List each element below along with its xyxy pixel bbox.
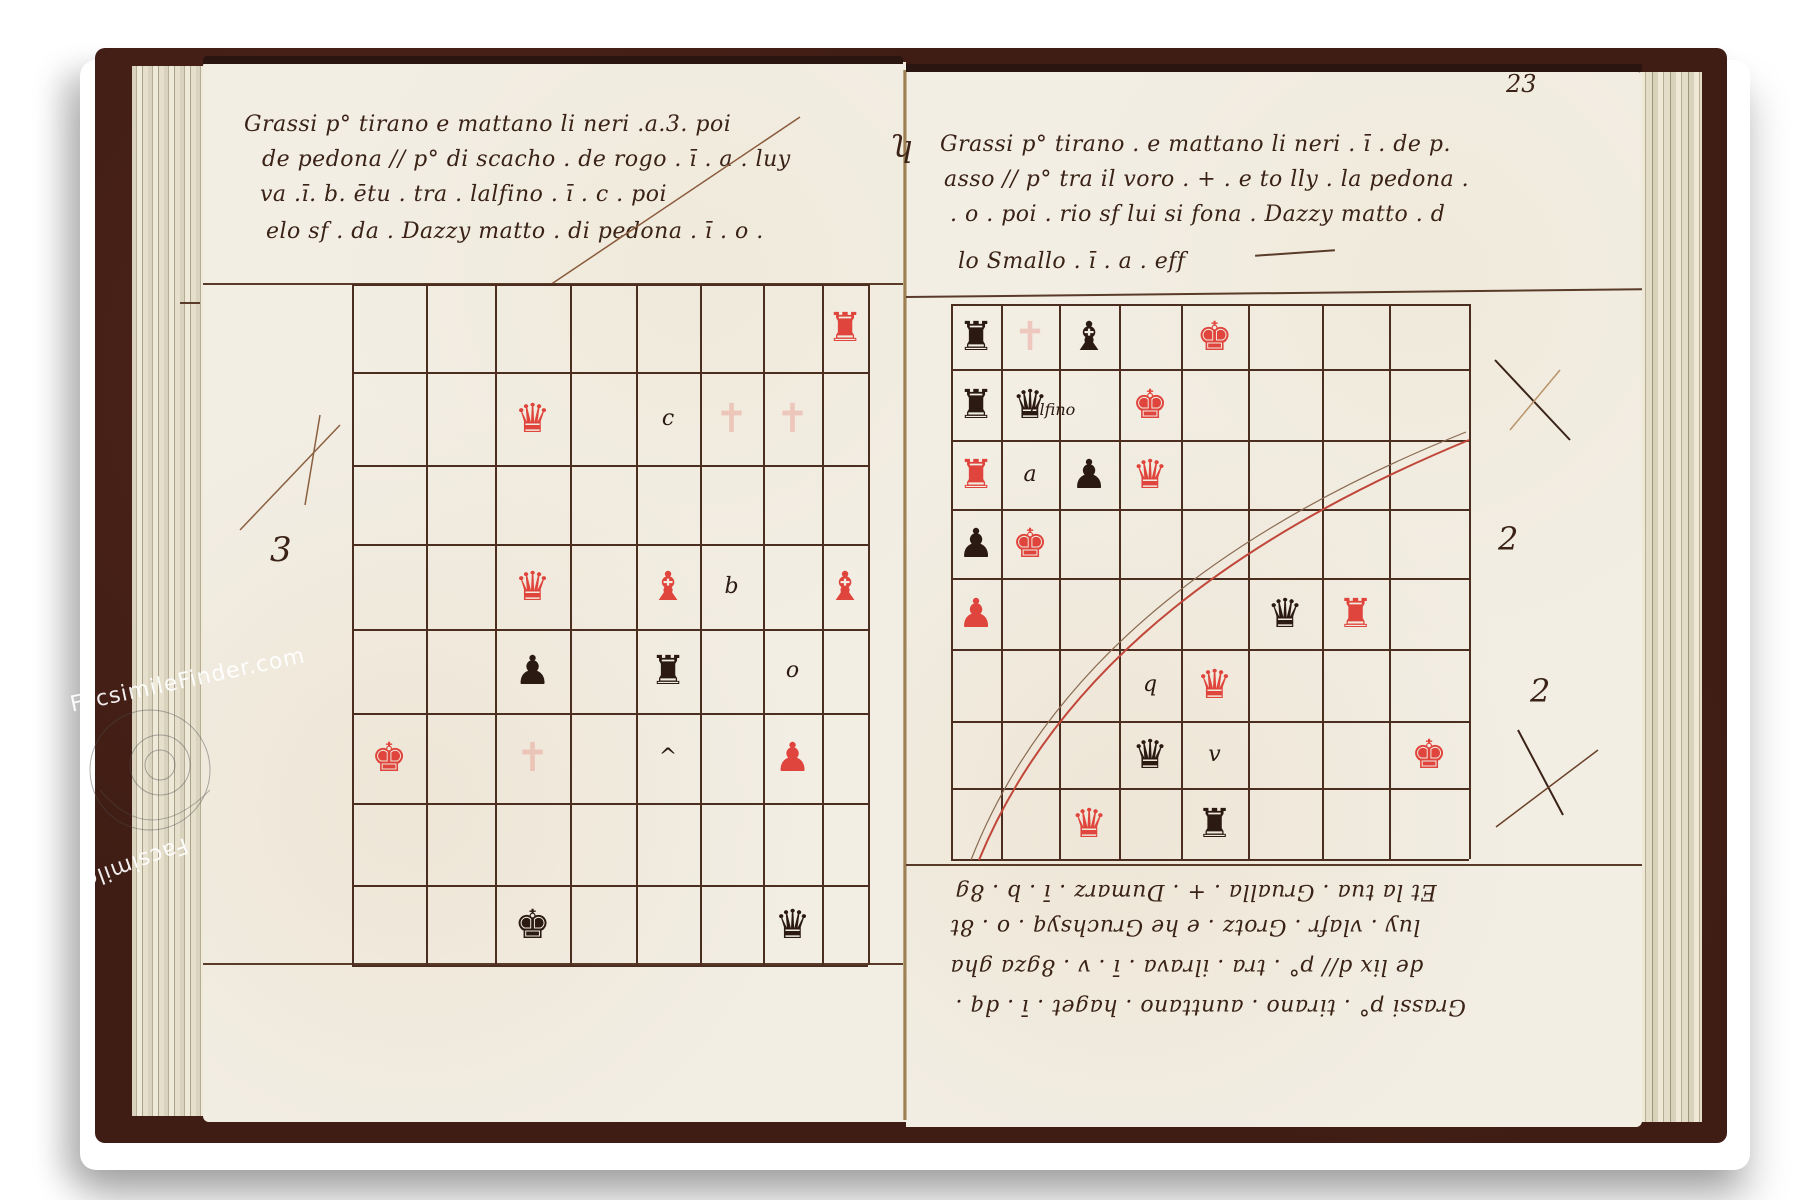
red-rook-icon: ♜: [822, 284, 868, 372]
grid-line-vertical: [426, 284, 428, 965]
ghost-cross-icon: ✝: [700, 372, 763, 465]
red-queen-icon: ♛: [495, 372, 570, 465]
grid-line-horizontal: [352, 284, 868, 286]
right-header-line-3: . o . poi . rio sf lui si fona . Dazzy m…: [950, 198, 1445, 231]
red-bishop-icon: ♝: [822, 544, 868, 629]
grid-line-vertical: [868, 284, 870, 965]
right-footer-line-3: de lix d// p° . tra . ilrava . ī . v . 8…: [950, 950, 1423, 983]
gutter: [903, 70, 907, 1120]
red-bishop-icon: ♝: [636, 544, 700, 629]
square-letter: c: [636, 372, 700, 465]
right-footer-line-4: Grassi p° . tirano . aunttano . haget . …: [955, 990, 1466, 1023]
grid-line-horizontal: [352, 803, 868, 805]
alfino-label: alfino: [1030, 400, 1075, 419]
right-margin-slash-icon: [1490, 340, 1580, 450]
left-margin-cross-icon: [230, 410, 350, 540]
black-rook-icon: ♜: [636, 629, 700, 713]
left-strike-line: [540, 105, 840, 305]
square-letter: ^: [636, 713, 700, 803]
left-page-edges: [132, 66, 212, 1116]
grid-line-horizontal: [352, 465, 868, 467]
grid-line-horizontal: [352, 544, 868, 546]
right-header-line-4: lo Smallo . ī . a . eff: [958, 245, 1186, 278]
grid-line-horizontal: [352, 965, 868, 967]
red-king-icon: ♚: [352, 713, 426, 803]
right-margin-mark-2b: 2: [1530, 672, 1550, 710]
ghost-cross-icon: ✝: [1001, 304, 1059, 369]
red-queen-icon: ♛: [495, 544, 570, 629]
page-number: 23: [1506, 70, 1537, 98]
ghost-cross-icon: ✝: [495, 713, 570, 803]
left-tick: [180, 302, 200, 304]
right-header-line-2: asso // p° tra il voro . + . e to lly . …: [944, 163, 1469, 196]
square-letter: o: [763, 629, 822, 713]
black-queen-icon: ♛: [763, 885, 822, 965]
gutter-mark: ʮ: [890, 130, 913, 165]
right-page-edges: [1640, 72, 1702, 1122]
left-page-top-edge: [203, 56, 903, 64]
black-king-icon: ♚: [495, 885, 570, 965]
square-letter: b: [700, 544, 763, 629]
open-manuscript: Grassi p° tirano e mattano li neri .a.3.…: [0, 0, 1800, 1200]
black-rook-icon: ♜: [951, 304, 1001, 369]
black-pawn-icon: ♟: [495, 629, 570, 713]
grid-line-vertical: [570, 284, 572, 965]
right-margin-mark-2a: 2: [1498, 520, 1518, 558]
left-chess-diagram: ♜♛c✝✝♛♝b♝♟♜o♚✝^♟♚♛: [352, 284, 870, 966]
right-footer-line-2: luy . vlafr . Grotz . e he Gruchsyq . o …: [950, 910, 1420, 943]
right-footer-line-1: Et la tua . Grualla . + . Dumarz . ī . b…: [955, 875, 1437, 908]
grid-line-vertical: [352, 284, 354, 965]
red-pawn-icon: ♟: [763, 713, 822, 803]
black-bishop-icon: ♝: [1059, 304, 1119, 369]
right-header-line-1: Grassi p° tirano . e mattano li neri . ī…: [940, 128, 1451, 161]
trajectory-line: [951, 430, 1491, 870]
red-king-icon: ♚: [1181, 304, 1248, 369]
right-margin-cross-icon: [1488, 725, 1608, 835]
ghost-cross-icon: ✝: [763, 372, 822, 465]
